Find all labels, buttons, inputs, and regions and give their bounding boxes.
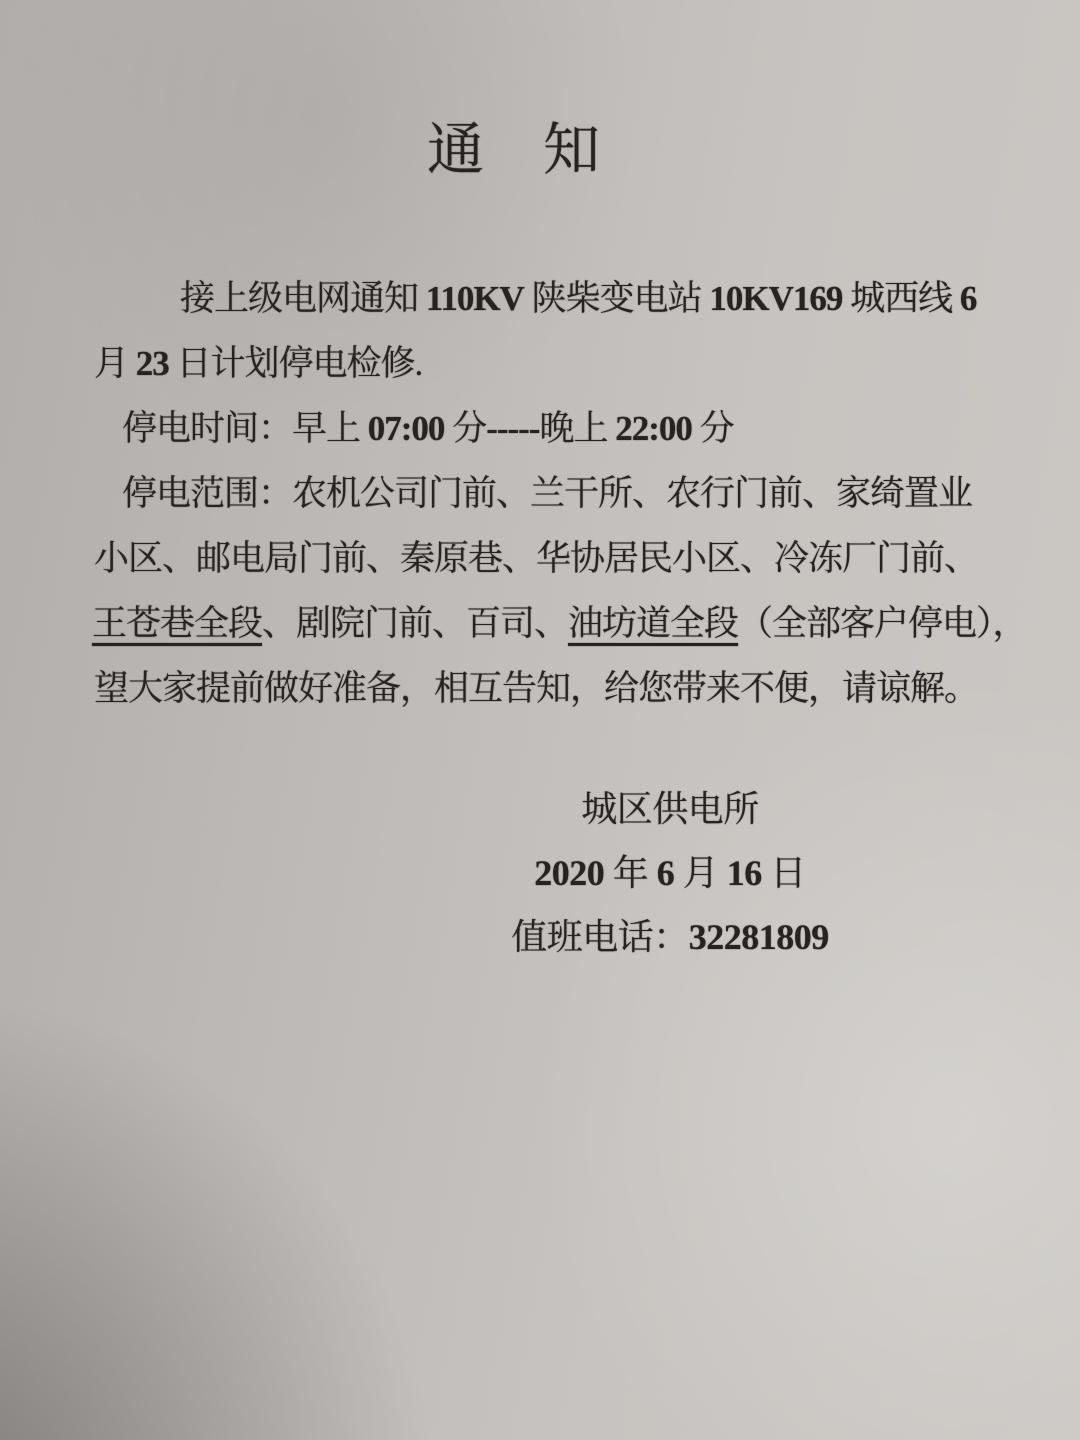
notice-paper: 通 知 接上级电网通知 110KV 陕柴变电站 10KV169 城西线 6月 2… [0,0,1080,1440]
line-outage-time: 停电时间：早上 07:00 分-----晚上 22:00 分 [92,396,1080,461]
line-planned-outage-date-seg-2: 日计划停电检修. [169,344,423,383]
line-superior-grid-notice: 接上级电网通知 110KV 陕柴变电站 10KV169 城西线 6 [92,266,1080,331]
signature-phone: 值班电话：32281809 [260,905,1080,969]
signature-issuer-seg-0: 城区供电所 [581,789,759,829]
notice-title: 通 知 [0,0,1054,186]
line-superior-grid-notice-seg-1: 110KV [426,279,524,318]
signature-date-seg-0: 2020 [534,853,604,893]
line-apology: 望大家提前做好准备，相互告知，给您带来不便，请谅解。 [92,656,1080,721]
signature-date-seg-4: 16 [727,853,762,893]
line-outage-area-3: 王苍巷全段、剧院门前、百司、油坊道全段（全部客户停电）， [92,591,1080,656]
line-outage-area-3-seg-3: （全部客户停电）， [738,604,1027,643]
signature-date-seg-5: 日 [762,853,806,893]
line-outage-time-seg-0: 停电时间：早上 [122,409,368,448]
signature-issuer: 城区供电所 [260,777,1080,841]
line-outage-time-seg-6: 分 [692,409,734,448]
line-outage-area-3-seg-2: 油坊道全段 [568,604,738,643]
line-outage-area-2-seg-0: 小区、邮电局门前、秦原巷、华协居民小区、冷冻厂门前、 [94,539,978,578]
signature-phone-seg-0: 值班电话： [511,917,689,957]
signature-date-seg-1: 年 [604,853,657,893]
line-outage-time-seg-2: 分 [444,409,486,448]
notice-signature: 城区供电所2020 年 6 月 16 日值班电话：32281809 [0,777,1080,969]
line-planned-outage-date-seg-1: 23 [136,344,169,383]
signature-date-seg-2: 6 [657,853,675,893]
line-outage-time-seg-3: ----- [486,409,539,448]
line-outage-area-3-seg-0: 王苍巷全段 [92,604,262,643]
signature-date: 2020 年 6 月 16 日 [260,841,1080,905]
line-outage-area-1-seg-0: 停电范围：农机公司门前、兰干所、农行门前、家绮置业 [122,474,972,513]
line-superior-grid-notice-seg-3: 10KV169 [709,279,842,318]
line-outage-time-seg-5: 22:00 [615,409,692,448]
signature-date-seg-3: 月 [674,853,727,893]
line-outage-time-seg-1: 07:00 [368,409,445,448]
notice-body: 接上级电网通知 110KV 陕柴变电站 10KV169 城西线 6月 23 日计… [0,266,1080,721]
line-outage-area-3-seg-1: 、剧院门前、百司、 [262,604,568,643]
line-outage-area-2: 小区、邮电局门前、秦原巷、华协居民小区、冷冻厂门前、 [92,526,1080,591]
line-planned-outage-date-seg-0: 月 [94,344,136,383]
line-outage-time-seg-4: 晚上 [539,409,615,448]
line-superior-grid-notice-seg-5: 6 [960,279,977,318]
line-superior-grid-notice-seg-4: 城西线 [842,279,960,318]
line-superior-grid-notice-seg-2: 陕柴变电站 [524,279,710,318]
signature-phone-seg-1: 32281809 [689,917,829,957]
line-superior-grid-notice-seg-0: 接上级电网通知 [180,279,426,318]
line-planned-outage-date: 月 23 日计划停电检修. [92,331,1080,396]
line-outage-area-1: 停电范围：农机公司门前、兰干所、农行门前、家绮置业 [92,461,1080,526]
line-apology-seg-0: 望大家提前做好准备，相互告知，给您带来不便，请谅解。 [94,669,978,708]
